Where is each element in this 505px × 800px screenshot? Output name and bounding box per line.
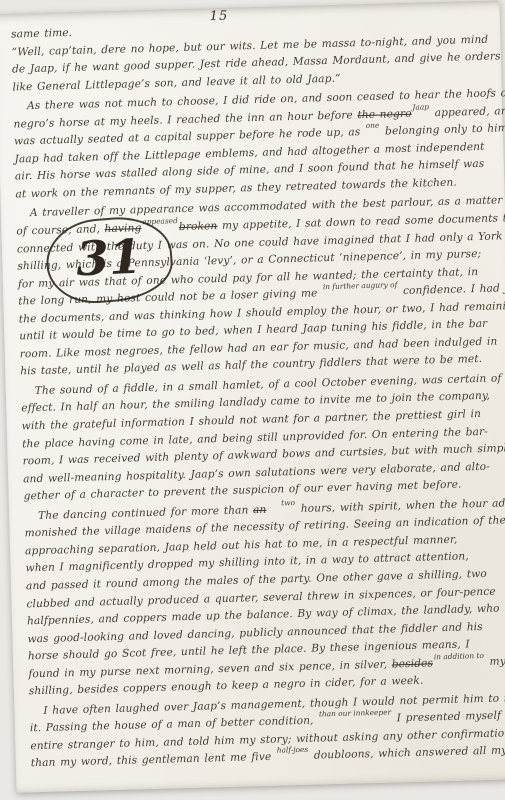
interlinear-insertion-segment: half-joes [277,745,309,755]
manuscript-text-block: same time.“Well, cap’tain, dere no hope,… [11,16,505,776]
scanned-document-background: 15 same time.“Well, cap’tain, dere no ho… [0,0,505,800]
text-segment: of course, and, [16,223,104,237]
strikethrough-segment: the negro [357,107,412,120]
interlinear-insertion-segment: than our innkeeper [319,708,391,719]
interlinear-insertion-segment: one [366,121,380,130]
strikethrough-segment: having [104,222,141,235]
interlinear-insertion-segment: two [267,498,295,508]
interlinear-insertion-segment: in addition to [434,651,484,661]
strikethrough-segment: an [253,504,267,516]
interlinear-insertion-segment: appeased [142,216,178,226]
strikethrough-segment: besides [392,657,434,670]
text-segment: my own [485,654,505,667]
interlinear-insertion-segment: Jaap [412,102,429,111]
strikethrough-segment: broken [179,220,218,233]
text-segment: appeared, and [430,105,505,119]
text-segment: same time. [11,27,72,41]
manuscript-sheet: 15 same time.“Well, cap’tain, dere no ho… [0,0,505,792]
interlinear-insertion-segment: in further augury of [323,280,398,291]
